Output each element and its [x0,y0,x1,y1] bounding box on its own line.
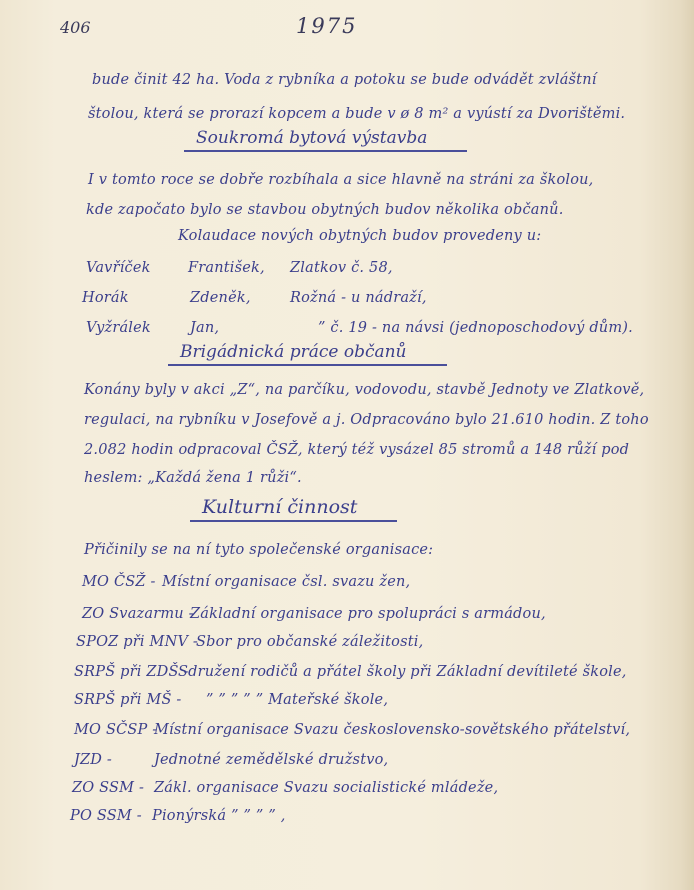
org-abbr: MO SČSP - [74,722,157,738]
text-line: I v tomto roce se dobře rozbíhala a sice… [88,172,594,188]
text-line: štolou, která se prorazí kopcem a bude v… [88,106,625,122]
text-line: 2.082 hodin odpracoval ČSŽ, který též vy… [84,442,629,458]
org-abbr: JZD - [74,752,112,768]
org-abbr: MO ČSŽ - [82,574,156,590]
page-number: 406 [60,18,91,37]
org-name: Místní organisace čsl. svazu žen, [162,574,410,590]
entry-first-name: Zdeněk, [190,290,251,306]
text-line: Konány byly v akci „Z“, na parčíku, vodo… [84,382,644,398]
text-line: regulaci, na rybníku v Josefově a j. Odp… [84,412,649,428]
section-heading-brigades: Brigádnická práce občanů [168,342,447,366]
org-abbr: ZO Svazarmu - [82,606,194,622]
org-name: Základní organisace pro spolupráci s arm… [190,606,546,622]
org-name: Pionýrská ” ” ” ” , [152,808,286,824]
org-abbr: ZO SSM - [72,780,144,796]
year-header: 1975 [296,14,357,38]
entry-surname: Vavříček [86,260,151,276]
org-name: ” ” ” ” ” Mateřské škole, [206,692,388,708]
section-heading-housing: Soukromá bytová výstavba [184,128,467,152]
subheading: Kolaudace nových obytných budov proveden… [178,228,541,244]
org-abbr: SRPŠ při ZDŠ - [74,664,189,680]
entry-first-name: Jan, [190,320,219,336]
org-name: Místní organisace Svazu československo-s… [154,722,630,738]
entry-surname: Horák [82,290,129,306]
text-line: Přičinily se na ní tyto společenské orga… [84,542,433,558]
org-abbr: SRPŠ při MŠ - [74,692,182,708]
entry-surname: Vyžrálek [86,320,151,336]
entry-first-name: František, [188,260,265,276]
org-name: Jednotné zemědělské družstvo, [154,752,388,768]
entry-detail: Rožná - u nádraží, [290,290,427,306]
entry-detail: ” č. 19 - na návsi (jednoposchodový dům)… [318,320,633,336]
org-abbr: SPOZ při MNV - [76,634,198,650]
text-line: bude činit 42 ha. Voda z rybníka a potok… [92,72,597,88]
org-abbr: PO SSM - [70,808,142,824]
text-line: heslem: „Každá žena 1 růži“. [84,470,302,486]
section-heading-culture: Kulturní činnost [190,496,397,522]
manuscript-page: 406 1975 bude činit 42 ha. Voda z rybník… [0,0,694,890]
org-name: Sbor pro občanské záležitosti, [196,634,423,650]
text-line: kde započato bylo se stavbou obytných bu… [86,202,564,218]
entry-detail: Zlatkov č. 58, [290,260,393,276]
org-name: Sdružení rodičů a přátel školy při Zákla… [178,664,627,680]
org-name: Zákl. organisace Svazu socialistické mlá… [154,780,498,796]
